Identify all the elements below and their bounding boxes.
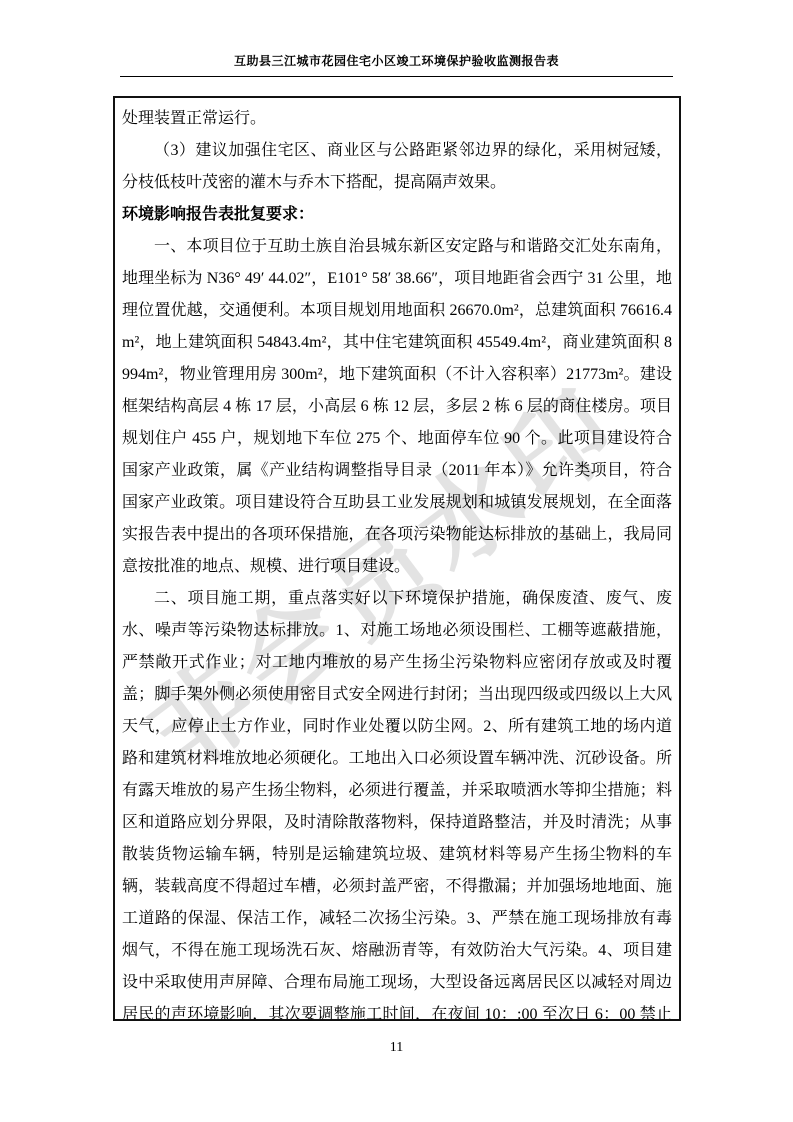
- header-divider: [120, 76, 673, 77]
- page-title: 互助县三江城市花园住宅小区竣工环境保护验收监测报告表: [120, 52, 673, 69]
- paragraph: 一、本项目位于互助土族自治县城东新区安定路与和谐路交汇处东南角，地理坐标为 N3…: [122, 231, 672, 583]
- paragraph: 处理装置正常运行。: [122, 103, 672, 135]
- paragraph: 环境影响报告表批复要求：: [122, 199, 672, 231]
- paragraph: 二、项目施工期，重点落实好以下环境保护措施，确保废渣、废气、废水、噪声等污染物达…: [122, 583, 672, 1021]
- paragraph: （3）建议加强住宅区、商业区与公路距紧邻边界的绿化，采用树冠矮，分枝低枝叶茂密的…: [122, 135, 672, 199]
- report-table-cell: 处理装置正常运行。（3）建议加强住宅区、商业区与公路距紧邻边界的绿化，采用树冠矮…: [113, 96, 681, 1021]
- document-page: 互助县三江城市花园住宅小区竣工环境保护验收监测报告表 非会员水印 处理装置正常运…: [0, 0, 793, 1122]
- page-number: 11: [0, 1040, 793, 1056]
